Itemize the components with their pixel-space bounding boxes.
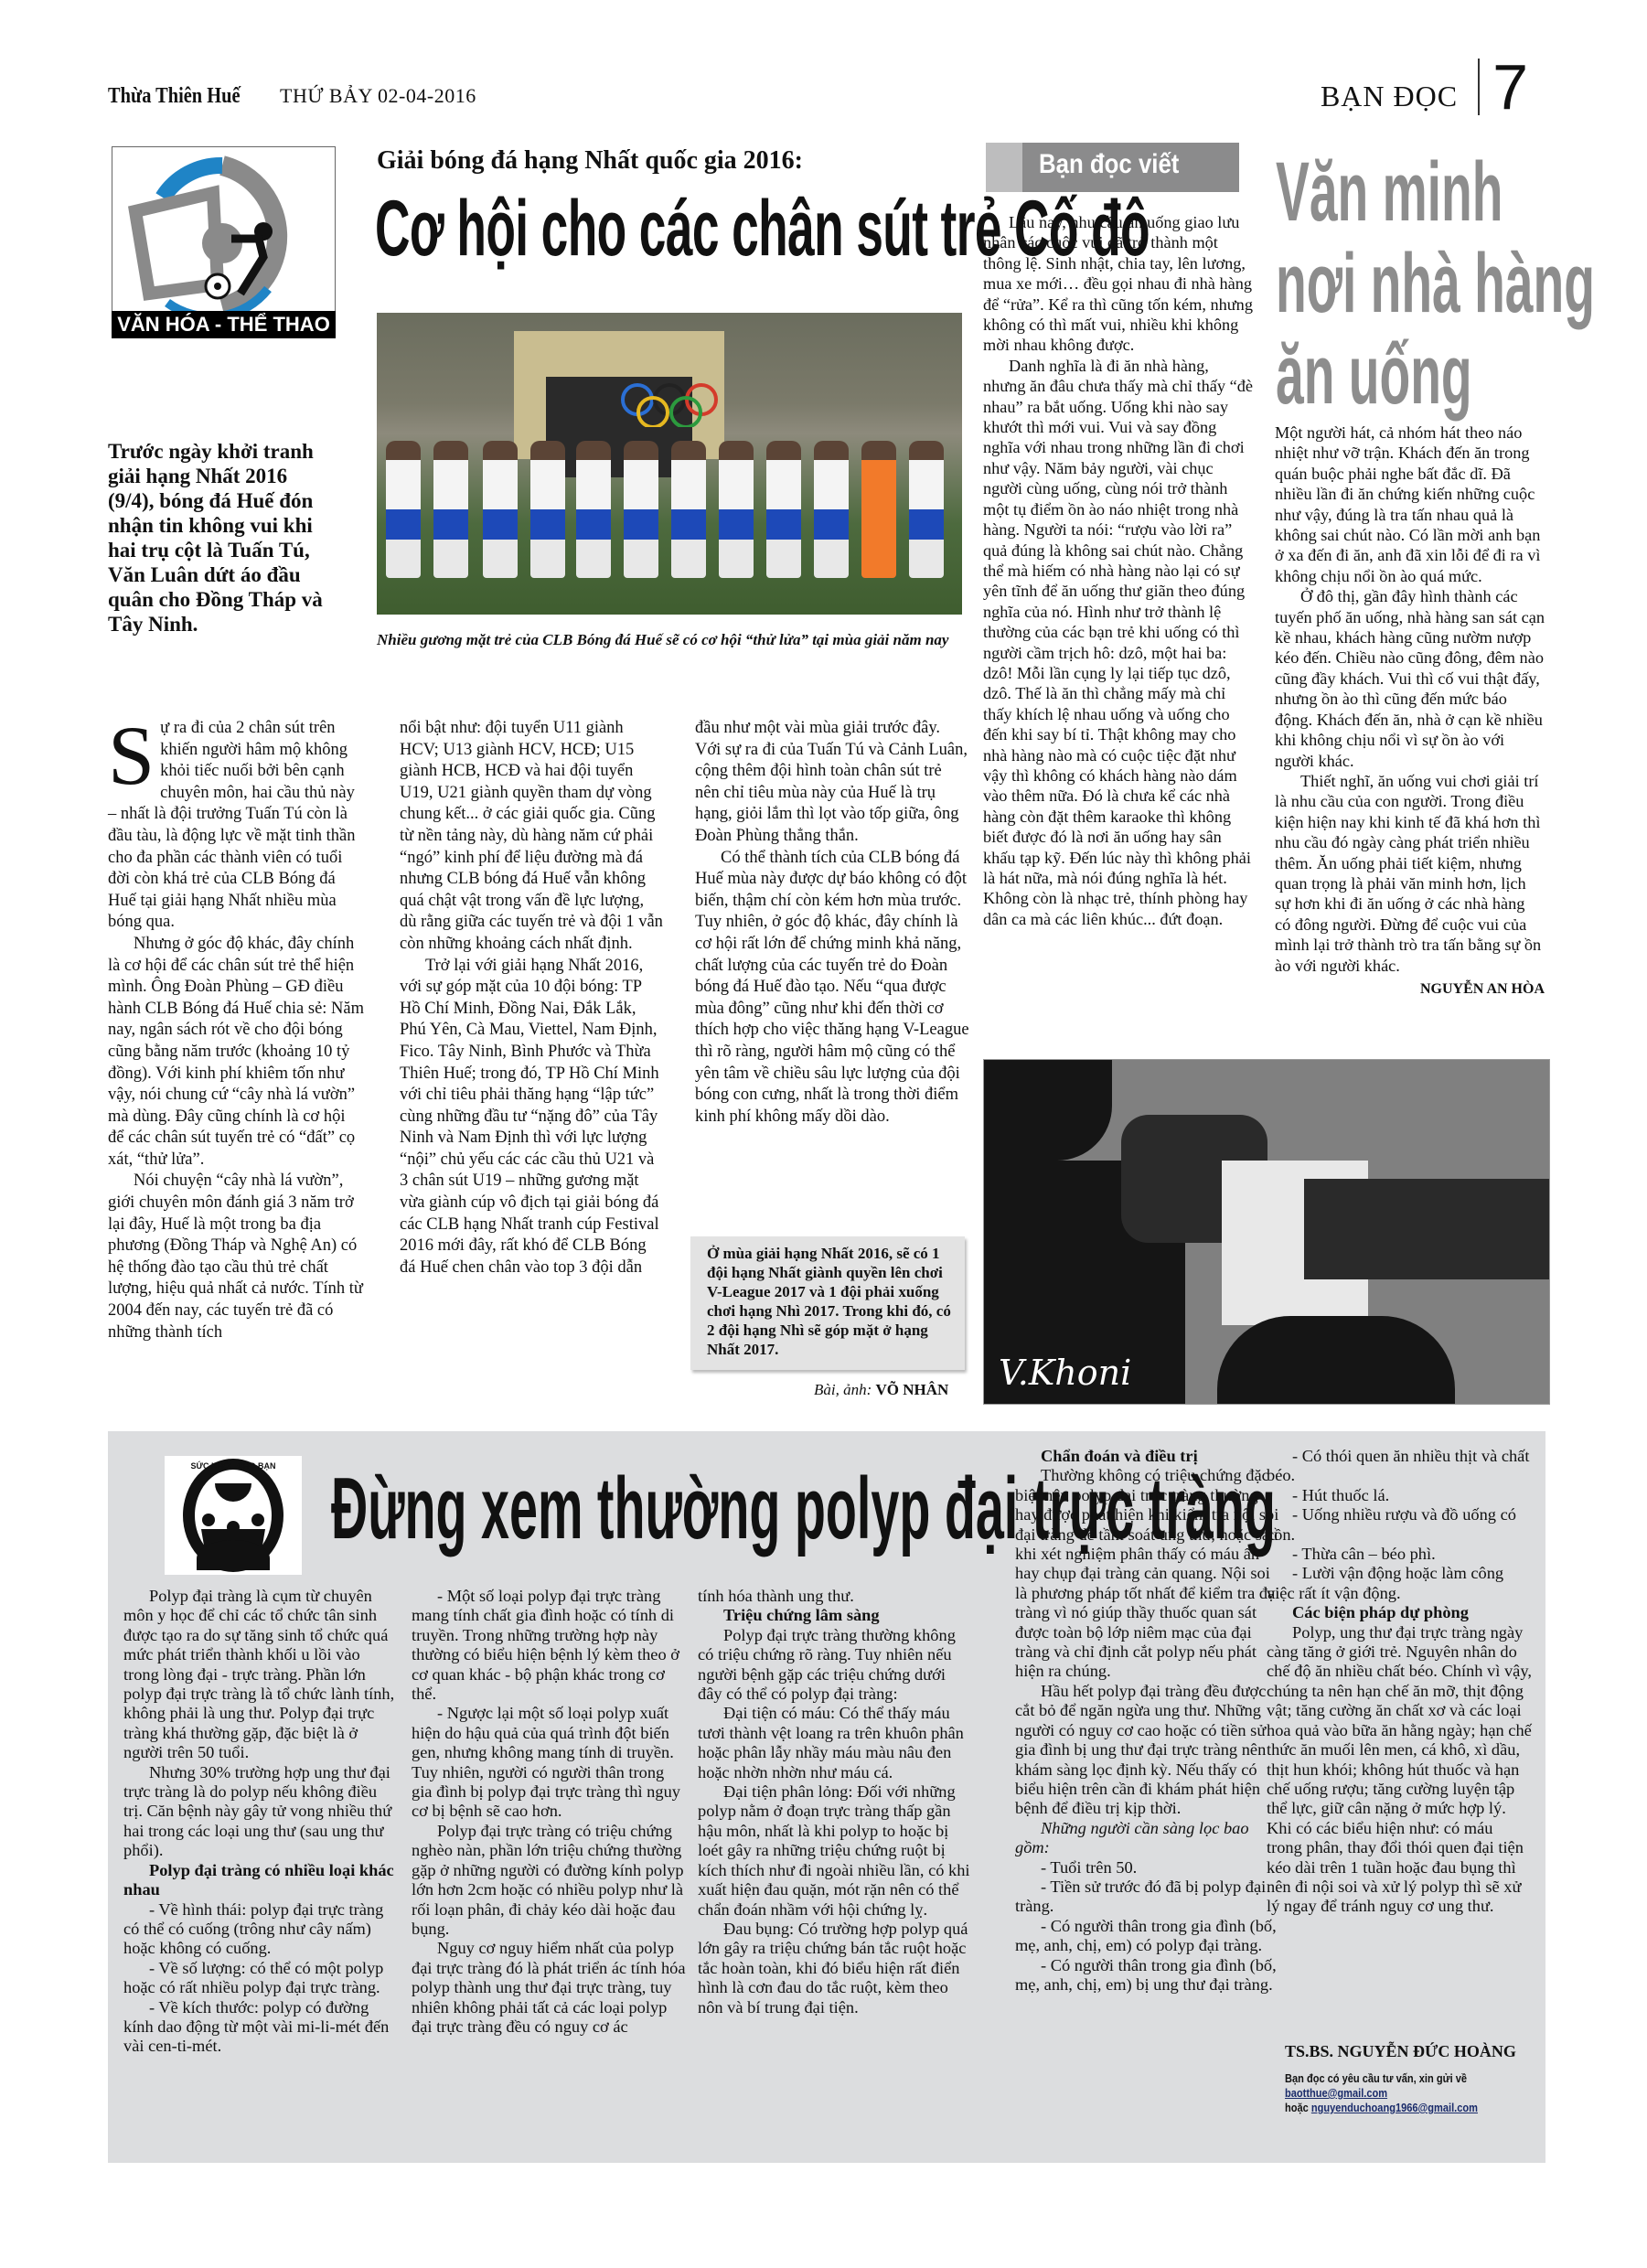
paragraph: Nói chuyện “cây nhà lá vườn”, giới chuyê… <box>108 1171 364 1343</box>
paragraph: - Có người thân trong gia đình (bố, mẹ, … <box>1015 1917 1280 1956</box>
paragraph: nổi bật như: đội tuyển U11 giành HCV; U1… <box>400 718 665 956</box>
subheading: Chẩn đoán và điều trị <box>1015 1447 1280 1466</box>
goalkeeper <box>861 441 896 578</box>
paragraph: Nguy cơ nguy hiểm nhất của polyp đại trự… <box>412 1939 686 2037</box>
artist-signature: V.Khoni <box>999 1353 1131 1393</box>
paragraph: Polyp đại trực tràng thường không có tri… <box>698 1626 972 1705</box>
player <box>576 441 611 578</box>
paragraph: Nhưng 30% trường hợp ung thư đại trực tr… <box>123 1763 398 1861</box>
paragraph: Đại tiện phân lỏng: Đối với những polyp … <box>698 1782 972 1920</box>
logo-text: SỨC KHỎE CHO BẠN <box>191 1460 276 1471</box>
subheading: Triệu chứng lâm sàng <box>698 1606 972 1625</box>
player <box>909 441 944 578</box>
photo-caption: Nhiều gương mặt trẻ của CLB Bóng đá Huế … <box>377 629 971 651</box>
paragraph: Danh nghĩa là đi ăn nhà hàng, nhưng ăn đ… <box>983 356 1253 929</box>
paragraph: Có thể thành tích của CLB bóng đá Huế mù… <box>695 848 969 1129</box>
health-column-3: tính hóa thành ung thư. Triệu chứng lâm … <box>698 1587 972 2017</box>
player <box>433 441 468 578</box>
email-link[interactable]: baotthue@gmail.com <box>1285 2086 1387 2100</box>
team-photo <box>377 313 962 615</box>
player <box>766 441 801 578</box>
paragraph: Đau bụng: Có trường hợp polyp quá lớn gâ… <box>698 1920 972 2017</box>
paragraph: Một người hát, cả nhóm hát theo náo nhiệ… <box>1275 423 1545 586</box>
player <box>483 441 518 578</box>
health-column-2: - Một số loại polyp đại trực tràng mang … <box>412 1587 686 2037</box>
article-kicker: Giải bóng đá hạng Nhất quốc gia 2016: <box>377 146 803 176</box>
headline-line: ăn uống <box>1276 329 1595 421</box>
paragraph: Những người cần sàng lọc bao gồm: <box>1015 1819 1280 1858</box>
olympic-rings-icon <box>615 381 752 427</box>
paragraph: Polyp đại trực tràng có triệu chứng nghè… <box>412 1822 686 1939</box>
paragraph: Hầu hết polyp đại tràng đều được cắt bỏ … <box>1015 1682 1280 1819</box>
byline-name: VÕ NHÂN <box>876 1381 949 1398</box>
banner-label: Bạn đọc viết <box>1039 149 1179 180</box>
paragraph: - Tiền sử trước đó đã bị polyp đại tràng… <box>1015 1878 1280 1917</box>
health-column-1: Polyp đại tràng là cụm từ chuyên môn y h… <box>123 1587 398 2057</box>
article-sapo: Trước ngày khởi tranh giải hạng Nhất 201… <box>108 439 337 637</box>
player <box>624 441 658 578</box>
paragraph: - Thừa cân – béo phì. <box>1267 1545 1532 1564</box>
sports-column-3: đầu như một vài mùa giải trước đây. Với … <box>695 718 969 1128</box>
culture-sports-logo-icon <box>112 146 336 338</box>
paragraph: Thường không có triệu chứng đặc biệt nên… <box>1015 1466 1280 1681</box>
paragraph: - Tuổi trên 50. <box>1015 1858 1280 1878</box>
player <box>530 441 565 578</box>
banner-accent <box>986 143 1022 192</box>
paragraph: - Về số lượng: có thể có một polyp hoặc … <box>123 1959 398 1998</box>
health-author: TS.BS. NGUYỄN ĐỨC HOÀNG <box>1285 2042 1516 2061</box>
issue-date: THỨ BẢY 02-04-2016 <box>280 84 476 108</box>
paragraph: tính hóa thành ung thư. <box>698 1587 972 1606</box>
illustration-painting: V.Khoni <box>983 1059 1550 1405</box>
player <box>719 441 754 578</box>
paragraph: Ở đô thị, gần đây hình thành các tuyến p… <box>1275 586 1545 771</box>
paragraph: đầu như một vài mùa giải trước đây. Với … <box>695 718 969 848</box>
health-for-you-logo-icon: SỨC KHỎE CHO BẠN <box>165 1456 302 1575</box>
headline-line: Văn minh <box>1276 146 1595 238</box>
paragraph: Thiết nghĩ, ăn uống vui chơi giải trí là… <box>1275 771 1545 976</box>
paragraph: - Ngược lại một số loại polyp xuất hiện … <box>412 1704 686 1821</box>
readers-write-banner: Bạn đọc viết <box>986 143 1239 192</box>
paragraph: - Có người thân trong gia đình (bố, mẹ, … <box>1015 1956 1280 1995</box>
sports-byline: Bài, ảnh: VÕ NHÂN <box>814 1381 948 1399</box>
masthead-right: BẠN ĐỌC 7 <box>1321 59 1528 115</box>
paragraph: - Lười vận động hoặc làm công việc rất í… <box>1267 1564 1532 1603</box>
opinion-headline: Văn minh nơi nhà hàng ăn uống <box>1276 146 1595 421</box>
sports-column-2: nổi bật như: đội tuyển U11 giành HCV; U1… <box>400 718 665 1278</box>
email-link[interactable]: nguyenduchoang1966@gmail.com <box>1311 2101 1478 2114</box>
shape <box>1304 1179 1550 1279</box>
paragraph: - Uống nhiều rượu và đồ uống có cồn. <box>1267 1505 1532 1545</box>
paragraph: Nhưng ở góc độ khác, đây chính là cơ hội… <box>108 934 364 1171</box>
health-column-4: Chẩn đoán và điều trị Thường không có tr… <box>1015 1447 1280 1995</box>
section-name: BẠN ĐỌC <box>1321 80 1478 113</box>
paragraph: Trở lại với giải hạng Nhất 2016, với sự … <box>400 956 665 1279</box>
dropcap: S <box>108 722 155 789</box>
sports-column-1: Sự ra đi của 2 chân sút trên khiến người… <box>108 718 364 1343</box>
contact-text: Bạn đọc có yêu cầu tư vấn, xin gửi về <box>1285 2071 1478 2086</box>
paragraph: Polyp, ung thư đại trực tràng ngày càng … <box>1267 1623 1532 1917</box>
shape <box>984 1060 1112 1161</box>
player <box>814 441 849 578</box>
paragraph: - Hút thuốc lá. <box>1267 1486 1532 1505</box>
paragraph: Đại tiện có máu: Có thể thấy máu tươi th… <box>698 1704 972 1782</box>
opinion-author: NGUYỄN AN HÒA <box>1275 979 1545 1000</box>
headline-line: nơi nhà hàng <box>1276 238 1595 329</box>
player <box>386 441 421 578</box>
paragraph: Polyp đại tràng là cụm từ chuyên môn y h… <box>123 1587 398 1763</box>
section-logo-label: VĂN HÓA - THỂ THAO <box>112 311 336 338</box>
paragraph: - Về hình thái: polyp đại trực tràng có … <box>123 1900 398 1959</box>
highlight-box: Ở mùa giải hạng Nhất 2016, sẽ có 1 đội h… <box>690 1236 965 1370</box>
opinion-column-2: Một người hát, cả nhóm hát theo náo nhiệ… <box>1275 423 1545 1000</box>
health-column-5: - Có thói quen ăn nhiều thịt và chất béo… <box>1267 1447 1532 1917</box>
contact-info: Bạn đọc có yêu cầu tư vấn, xin gửi về ba… <box>1285 2071 1478 2115</box>
contact-text: hoặc <box>1285 2101 1309 2114</box>
masthead-left: Thừa Thiên Huế THỨ BẢY 02-04-2016 <box>108 84 476 109</box>
teapot-shape <box>1217 1316 1455 1405</box>
paragraph: Lâu nay, nhu cầu ăn uống giao lưu nhân c… <box>983 212 1253 356</box>
subheading: Polyp đại tràng có nhiều loại khác nhau <box>123 1861 398 1900</box>
player <box>671 441 706 578</box>
paper-name: Thừa Thiên Huế <box>108 84 241 109</box>
opinion-column-1: Lâu nay, nhu cầu ăn uống giao lưu nhân c… <box>983 212 1253 929</box>
paragraph: - Một số loại polyp đại trực tràng mang … <box>412 1587 686 1704</box>
paragraph: - Có thói quen ăn nhiều thịt và chất béo… <box>1267 1447 1532 1486</box>
page-number: 7 <box>1480 59 1528 115</box>
byline-label: Bài, ảnh: <box>814 1381 872 1398</box>
subheading: Các biện pháp dự phòng <box>1267 1603 1532 1622</box>
paragraph: - Về kích thước: polyp có đường kính dao… <box>123 1998 398 2057</box>
